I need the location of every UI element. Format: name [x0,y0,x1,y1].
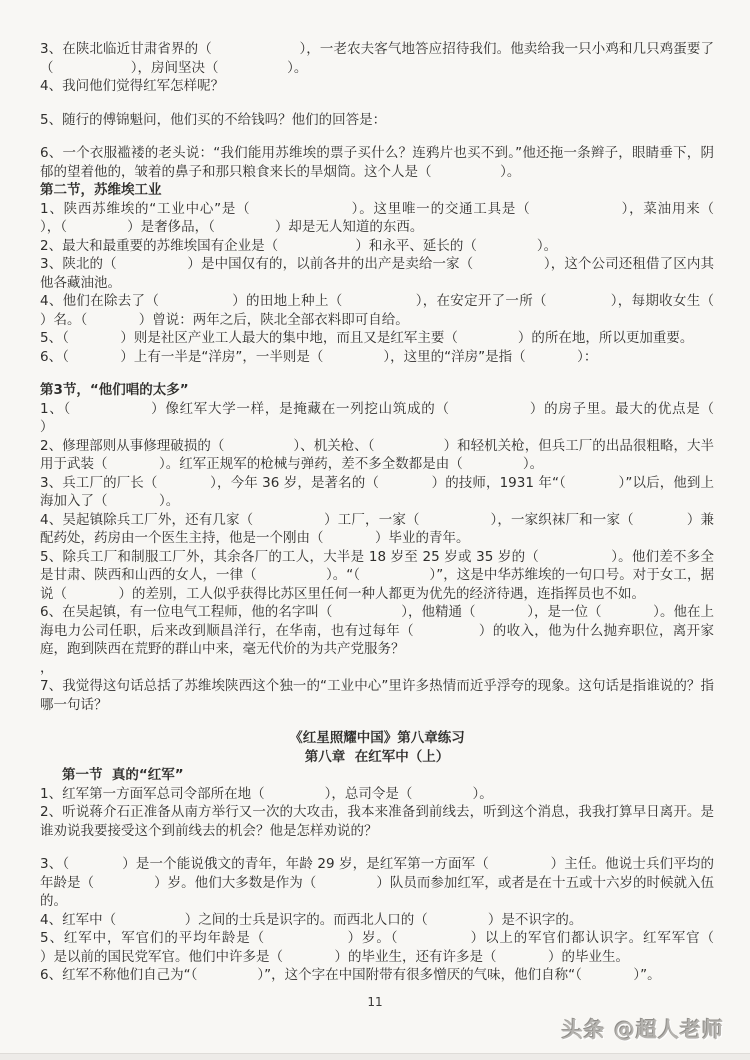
paragraph: 6、（ ）上有一半是“洋房”，一半则是（ ），这里的“洋房”是指（ ）： [40,348,714,367]
chapter-title: 第八章 在红军中（上） [40,748,714,767]
page-number: 11 [0,995,750,1009]
chapter-title: 《红星照耀中国》第八章练习 [40,729,714,748]
paragraph: 1、红军第一方面军总司令部所在地（ ），总司令是（ ）。 [40,785,714,804]
paragraph: 4、我问他们觉得红军怎样呢？ [40,77,714,96]
paragraph: 2、最大和最重要的苏维埃国有企业是（ ）和永平、延长的（ ）。 [40,237,714,256]
spacer [40,96,714,111]
paragraph: 5、（ ）则是社区产业工人最大的集中地，而且又是红军主要（ ）的所在地，所以更加… [40,329,714,348]
paragraph: 5、随行的傅锦魁问，他们买的不给钱吗？他们的回答是： [40,111,714,130]
paragraph: 6、红军不称他们自己为“（ ）”，这个字在中国附带有很多憎厌的气味，他们自称“（… [40,966,714,985]
section-heading: 第3节，“他们唱的太多” [40,381,714,400]
paragraph: 1、陕西苏维埃的“工业中心”是（ ）。这里唯一的交通工具是（ ），菜油用来（ ）… [40,200,714,237]
spacer [40,840,714,855]
paragraph: 3、兵工厂的厂长（ ），今年 36 岁，是著名的（ ）的技师，1931 年“（ … [40,474,714,511]
paragraph: 3、在陕北临近甘肃省界的（ ），一老农夫客气地答应招待我们。他卖给我一只小鸡和几… [40,40,714,77]
paragraph: 4、他们在除去了（ ）的田地上种上（ ），在安定开了一所（ ），每期收女生（ ）… [40,292,714,329]
section-heading: 第一节 真的“红军” [40,766,714,785]
watermark: 头条 @超人老师 [562,1014,724,1044]
spacer [40,714,714,729]
spacer [40,129,714,144]
section-heading: 第二节，苏维埃工业 [40,181,714,200]
paragraph: 2、听说蒋介石正准备从南方举行又一次的大攻击，我本来准备到前线去，听到这个消息，… [40,803,714,840]
paragraph: 7、我觉得这句话总括了苏维埃陕西这个独一的“工业中心”里许多热情而近乎浮夸的现象… [40,677,714,714]
paragraph: 3、陕北的（ ）是中国仅有的，以前各井的出产是卖给一家（ ），这个公司还租借了区… [40,255,714,292]
paragraph: 3、（ ）是一个能说俄文的青年，年龄 29 岁，是红军第一方面军（ ）主任。他说… [40,855,714,911]
spacer [40,366,714,381]
stray-punctuation: ， [40,659,714,678]
paragraph: 6、在吴起镇，有一位电气工程师，他的名字叫（ ），他精通（ ），是一位（ ）。他… [40,603,714,659]
page-bottom-edge [0,1053,750,1060]
document-body: 3、在陕北临近甘肃省界的（ ），一老农夫客气地答应招待我们。他卖给我一只小鸡和几… [0,0,750,985]
paragraph: 4、吴起镇除兵工厂外，还有几家（ ）工厂，一家（ ），一家织袜厂和一家（ ）兼配… [40,511,714,548]
scanned-worksheet-page: 3、在陕北临近甘肃省界的（ ），一老农夫客气地答应招待我们。他卖给我一只小鸡和几… [0,0,750,1060]
paragraph: 4、红军中（ ）之间的士兵是识字的。而西北人口的（ ）是不识字的。 [40,911,714,930]
paragraph: 2、修理部则从事修理破损的（ ）、机关枪、（ ）和轻机关枪，但兵工厂的出品很粗略… [40,437,714,474]
paragraph: 5、红军中，军官们的平均年龄是（ ）岁。（ ）以上的军官们都认识字。红军军官（ … [40,929,714,966]
paragraph: 6、一个衣服褴褛的老头说：“我们能用苏维埃的票子买什么？连鸦片也买不到。”他还拖… [40,144,714,181]
paragraph: 1、（ ）像红军大学一样，是掩藏在一列挖山筑成的（ ）的房子里。最大的优点是（ … [40,400,714,437]
paragraph: 5、除兵工厂和制服工厂外，其余各厂的工人，大半是 18 岁至 25 岁或 35 … [40,548,714,604]
